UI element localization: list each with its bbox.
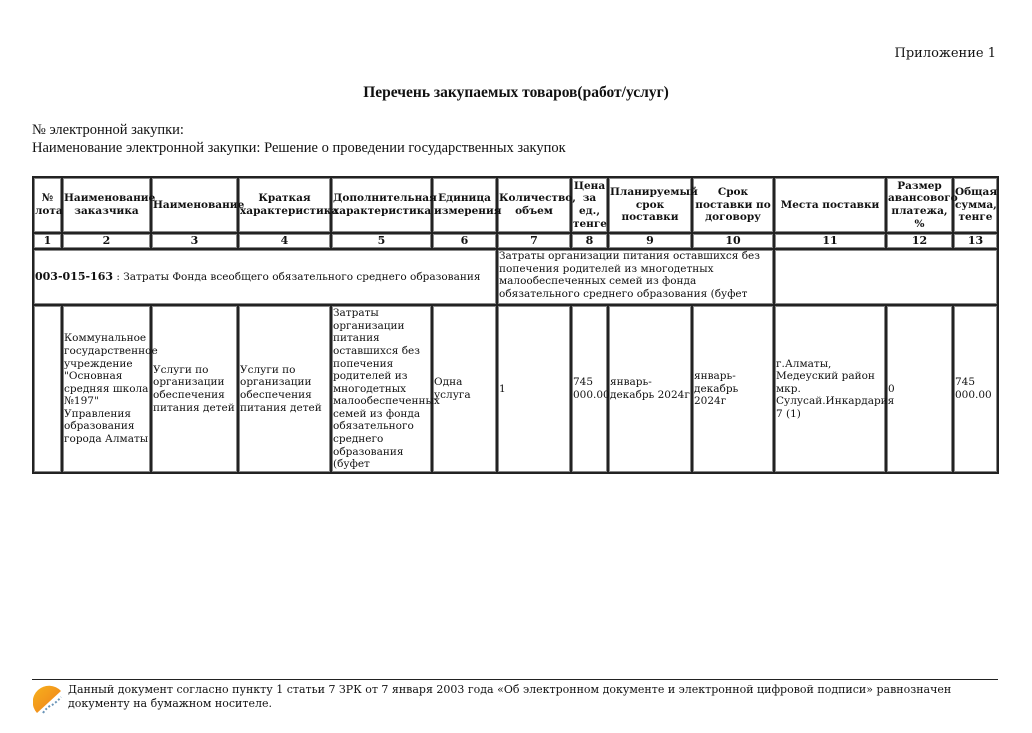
legal-notice: Данный документ согласно пункту 1 статьи… [68,683,1003,711]
col-header-quantity: Количество, объем [497,177,571,233]
purchase-name-label: Наименование электронной закупки: Решени… [32,140,566,157]
col-header-planned-term: Планируемый срок поставки [608,177,692,233]
col-number: 11 [774,233,886,249]
column-number-row: 1 2 3 4 5 6 7 8 9 10 11 12 13 [33,233,998,249]
group-name: Затраты Фонда всеобщего обязательного ср… [123,271,480,283]
cell-total: 745 000.00 [953,305,998,473]
group-row: 003-015-163 : Затраты Фонда всеобщего об… [33,249,998,305]
group-empty-cell [774,249,998,305]
col-header-extra-char: Дополнительная характеристика [331,177,432,233]
cell-customer: Коммунальное государственное учреждение … [62,305,151,473]
cell-planned-term: январь-декабрь 2024г [608,305,692,473]
header-row: № лота Наименование заказчика Наименован… [33,177,998,233]
table-row: Коммунальное государственное учреждение … [33,305,998,473]
document-title: Перечень закупаемых товаров(работ/услуг) [0,84,1032,102]
cell-quantity: 1 [497,305,571,473]
col-header-advance: Размер авансового платежа, % [886,177,953,233]
col-header-short-char: Краткая характеристика [238,177,331,233]
col-header-total: Общая сумма, тенге [953,177,998,233]
cell-short-char: Услуги по организации обеспечения питани… [238,305,331,473]
col-number: 7 [497,233,571,249]
col-header-unit: Единица измерения [432,177,497,233]
col-number: 2 [62,233,151,249]
appendix-label: Приложение 1 [895,46,997,61]
cell-contract-term: январь-декабрь 2024г [692,305,774,473]
col-number: 13 [953,233,998,249]
egov-sun-logo-icon [33,683,65,715]
purchase-number-label: № электронной закупки: [32,122,184,139]
cell-lot [33,305,62,473]
col-header-customer: Наименование заказчика [62,177,151,233]
col-header-lot: № лота [33,177,62,233]
col-number: 10 [692,233,774,249]
col-number: 6 [432,233,497,249]
group-separator: : [113,271,123,283]
cell-advance: 0 [886,305,953,473]
group-title-cell: 003-015-163 : Затраты Фонда всеобщего об… [33,249,497,305]
col-header-place: Места поставки [774,177,886,233]
col-number: 3 [151,233,238,249]
cell-place: г.Алматы, Медеуский район мкр. Сулусай.И… [774,305,886,473]
col-number: 5 [331,233,432,249]
group-code: 003-015-163 [35,270,113,283]
group-description: Затраты организации питания оставшихся б… [497,249,774,305]
cell-extra-char: Затраты организации питания оставшихся б… [331,305,432,473]
col-header-contract-term: Срок поставки по договору [692,177,774,233]
cell-name: Услуги по организации обеспечения питани… [151,305,238,473]
cell-unit: Одна услуга [432,305,497,473]
col-header-name: Наименование [151,177,238,233]
col-number: 9 [608,233,692,249]
col-number: 1 [33,233,62,249]
cell-price: 745 000.00 [571,305,608,473]
col-header-price: Цена за ед., тенге [571,177,608,233]
lots-table: № лота Наименование заказчика Наименован… [32,176,999,474]
col-number: 4 [238,233,331,249]
col-number: 8 [571,233,608,249]
col-number: 12 [886,233,953,249]
footer-divider [32,679,998,680]
